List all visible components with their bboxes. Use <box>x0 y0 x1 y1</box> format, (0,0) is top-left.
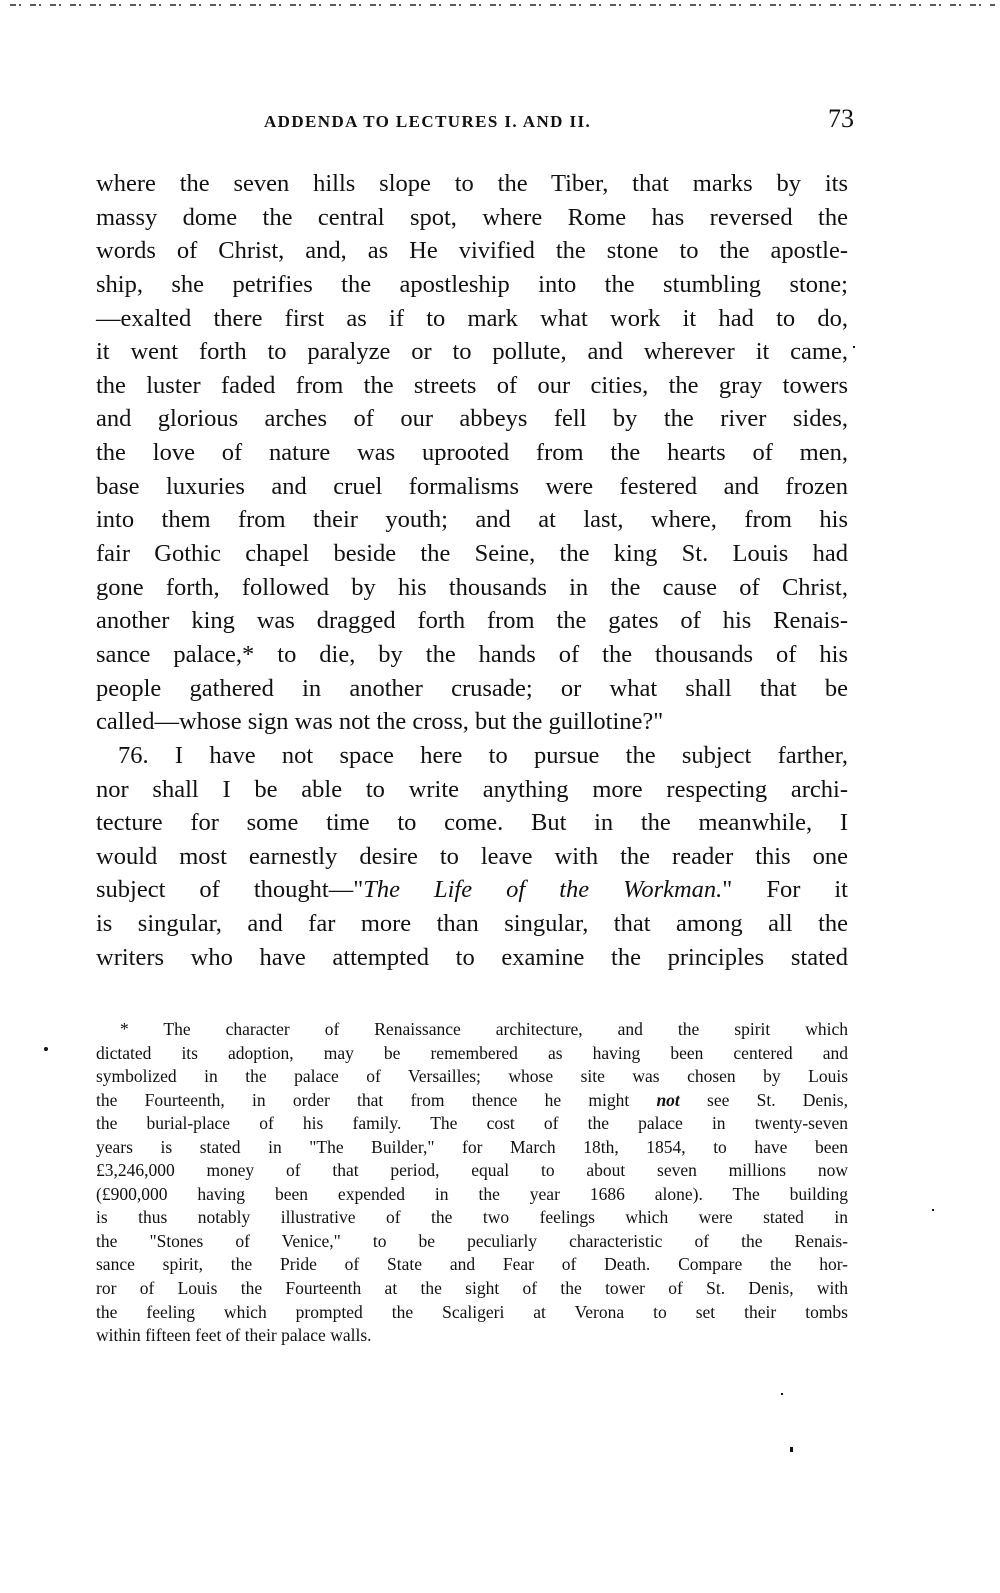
footnote-line: ror of Louis the Fourteenth at the sight… <box>96 1277 848 1301</box>
body-line: where the seven hills slope to the Tiber… <box>96 167 848 201</box>
body-line-with-italic: subject of thought—"The Life of the Work… <box>96 873 848 907</box>
footnote: * The character of Renaissance architect… <box>96 1018 848 1348</box>
body-line: into them from their youth; and at last,… <box>96 503 848 537</box>
footnote-line: is thus notably illustrative of the two … <box>96 1206 848 1230</box>
body-text-segment: subject of thought—" <box>96 876 363 903</box>
body-line: writers who have attempted to examine th… <box>96 941 848 975</box>
body-text-segment: " For it <box>722 876 848 903</box>
body-line: words of Christ, and, as He vivified the… <box>96 234 848 268</box>
body-line: base luxuries and cruel formalisms were … <box>96 470 848 504</box>
scan-edge-artifact <box>10 4 995 6</box>
footnote-text-segment: see St. Denis, <box>680 1090 848 1110</box>
footnote-line: * The character of Renaissance architect… <box>96 1018 848 1042</box>
italic-emphasis-not: not <box>656 1090 679 1110</box>
footnote-line: dictated its adoption, may be remembered… <box>96 1042 848 1066</box>
body-line: fair Gothic chapel beside the Seine, the… <box>96 537 848 571</box>
body-line: —exalted there first as if to mark what … <box>96 302 848 336</box>
footnote-line: sance spirit, the Pride of State and Fea… <box>96 1253 848 1277</box>
footnote-line: the feeling which prompted the Scaligeri… <box>96 1301 848 1325</box>
body-text: where the seven hills slope to the Tiber… <box>96 167 848 974</box>
scan-speck <box>781 1393 783 1395</box>
body-line: gone forth, followed by his thousands in… <box>96 571 848 605</box>
scan-speck <box>932 1209 934 1211</box>
body-line: is singular, and far more than singular,… <box>96 907 848 941</box>
body-line: the luster faded from the streets of our… <box>96 369 848 403</box>
footnote-line-with-italic: the Fourteenth, in order that from thenc… <box>96 1089 848 1113</box>
footnote-line: symbolized in the palace of Versailles; … <box>96 1065 848 1089</box>
page-number: 73 <box>828 104 854 134</box>
paragraph-76-start: 76. I have not space here to pursue the … <box>96 739 848 773</box>
body-line: the love of nature was uprooted from the… <box>96 436 848 470</box>
scan-speck <box>853 346 855 348</box>
body-line: nor shall I be able to write anything mo… <box>96 773 848 807</box>
running-title: ADDENDA TO LECTURES I. AND II. <box>264 112 591 132</box>
body-line-paragraph-end: called—whose sign was not the cross, but… <box>96 705 848 739</box>
footnote-line: the burial-place of his family. The cost… <box>96 1112 848 1136</box>
footnote-line-end: within fifteen feet of their palace wall… <box>96 1324 848 1348</box>
scan-speck <box>44 1047 48 1051</box>
body-line: massy dome the central spot, where Rome … <box>96 201 848 235</box>
body-line: and glorious arches of our abbeys fell b… <box>96 402 848 436</box>
body-line: people gathered in another crusade; or w… <box>96 672 848 706</box>
body-line: tecture for some time to come. But in th… <box>96 806 848 840</box>
body-line: would most earnestly desire to leave wit… <box>96 840 848 874</box>
footnote-line: (£900,000 having been expended in the ye… <box>96 1183 848 1207</box>
footnote-line: £3,246,000 money of that period, equal t… <box>96 1159 848 1183</box>
footnote-line: years is stated in "The Builder," for Ma… <box>96 1136 848 1160</box>
italic-title-life-of-the-workman: The Life of the Workman. <box>363 876 722 903</box>
scan-speck <box>790 1447 793 1452</box>
body-line: sance palace,* to die, by the hands of t… <box>96 638 848 672</box>
footnote-line: the "Stones of Venice," to be peculiarly… <box>96 1230 848 1254</box>
body-line: it went forth to paralyze or to pollute,… <box>96 335 848 369</box>
body-line: another king was dragged forth from the … <box>96 604 848 638</box>
running-head: ADDENDA TO LECTURES I. AND II. 73 <box>264 104 854 134</box>
footnote-text-segment: the Fourteenth, in order that from thenc… <box>96 1090 656 1110</box>
body-line: ship, she petrifies the apostleship into… <box>96 268 848 302</box>
